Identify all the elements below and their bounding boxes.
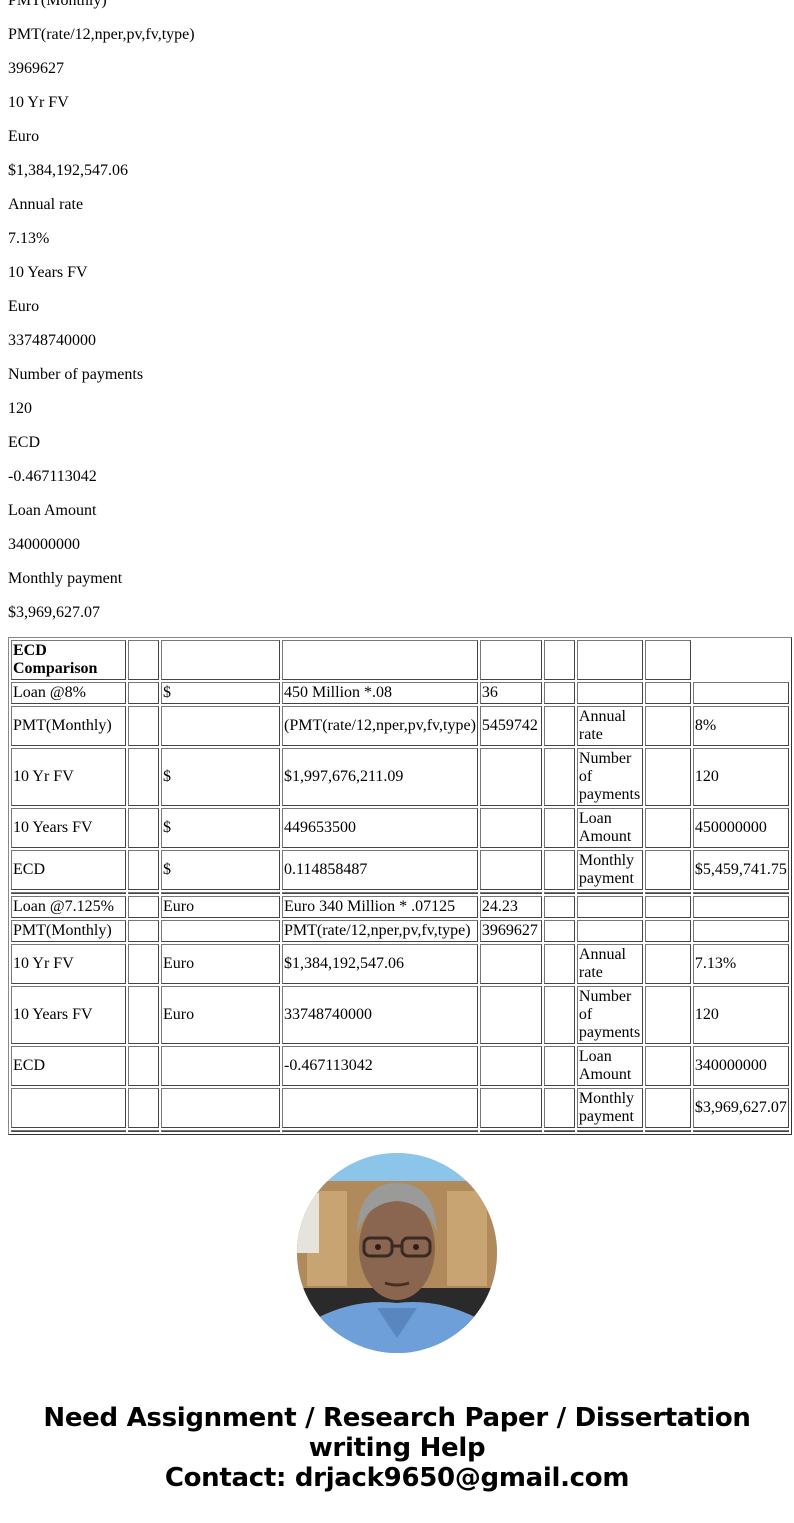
table-cell: $1,384,192,547.06 [282,944,478,984]
paragraph: Euro [8,290,788,324]
table-row: ECD-0.467113042Loan Amount340000000 [11,1046,789,1086]
paragraph: 10 Years FV [8,256,788,290]
table-cell: Euro [161,944,280,984]
table-cell [693,920,789,942]
paragraph: Euro [8,120,788,154]
table-cell [128,682,159,704]
table-cell: Loan @7.125% [11,896,126,918]
table-cell: 449653500 [282,808,478,848]
paragraph: PMT(rate/12,nper,pv,fv,type) [8,18,788,52]
table-cell [693,682,789,704]
table-cell: Annual rate [577,706,643,746]
table-cell [128,986,159,1044]
table-row: Loan @8%$450 Million *.0836 [11,682,789,704]
table-cell: Annual rate [577,944,643,984]
promo-line-2: writing Help [0,1433,794,1463]
table-cell [282,1088,478,1128]
paragraph: 3969627 [8,52,788,86]
table-cell [693,896,789,918]
table-cell: Number of payments [577,748,643,806]
table-cell: Loan Amount [577,808,643,848]
table-cell [544,1046,575,1086]
table-cell [480,748,542,806]
paragraph: -0.467113042 [8,460,788,494]
paragraph: $1,384,192,547.06 [8,154,788,188]
table-cell: ECD [11,1046,126,1086]
table-cell [645,682,691,704]
table-cell: 450000000 [693,808,789,848]
table-row: 10 Years FVEuro33748740000Number of paym… [11,986,789,1044]
paragraph: Annual rate [8,188,788,222]
table-cell [480,944,542,984]
table-cell: Euro [161,986,280,1044]
paragraph: Number of payments [8,358,788,392]
table-row: ECD$0.114858487Monthly payment$5,459,741… [11,850,789,890]
table-cell [128,748,159,806]
table-cell [480,850,542,890]
table-cell [645,706,691,746]
table-cell [128,706,159,746]
table-cell: 10 Years FV [11,808,126,848]
table-cell [11,1088,126,1128]
table-cell: 7.13% [693,944,789,984]
table-cell [544,808,575,848]
table-cell: PMT(Monthly) [11,706,126,746]
table-cell: 8% [693,706,789,746]
paragraph: ECD [8,426,788,460]
table-cell: 10 Yr FV [11,748,126,806]
table-cell [645,986,691,1044]
table-cell [128,808,159,848]
ecd-comparison-table: ECD Comparison Loan @8%$450 Million *.08… [8,637,792,1135]
table-cell [645,808,691,848]
table-cell [645,748,691,806]
table-cell: $ [161,808,280,848]
table-cell [544,706,575,746]
table-cell [128,896,159,918]
table-cell [128,944,159,984]
table-cell [480,1046,542,1086]
table-cell [544,748,575,806]
paragraph: 340000000 [8,528,788,562]
paragraph: $3,969,627.07 [8,596,788,630]
table-cell [544,682,575,704]
table-cell: $ [161,748,280,806]
table-cell [577,896,643,918]
section-divider [11,892,789,894]
paragraph: 33748740000 [8,324,788,358]
table-cell [480,808,542,848]
table-cell: Euro 340 Million * .07125 [282,896,478,918]
table-cell: 36 [480,682,542,704]
table-cell: $ [161,682,280,704]
table-cell [128,920,159,942]
table-cell: $3,969,627.07 [693,1088,789,1128]
table-cell [544,920,575,942]
table-row: 10 Yr FV$$1,997,676,211.09Number of paym… [11,748,789,806]
promo-contact: Contact: drjack9650@gmail.com [0,1463,794,1493]
table-cell: Number of payments [577,986,643,1044]
paragraph: PMT(Monthly) [8,0,788,18]
table-row: Monthly payment$3,969,627.07 [11,1088,789,1128]
text-paragraphs: PMT(Monthly) PMT(rate/12,nper,pv,fv,type… [8,0,788,630]
table-cell: 10 Years FV [11,986,126,1044]
table-cell: (PMT(rate/12,nper,pv,fv,type) [282,706,478,746]
author-avatar [297,1153,497,1353]
table-cell [128,1046,159,1086]
table-cell [577,682,643,704]
promo-banner: Need Assignment / Research Paper / Disse… [0,1403,794,1493]
table-cell: Loan Amount [577,1046,643,1086]
table-cell: PMT(rate/12,nper,pv,fv,type) [282,920,478,942]
table-cell [544,986,575,1044]
table-cell: Monthly payment [577,850,643,890]
paragraph: Loan Amount [8,494,788,528]
table-cell [544,1088,575,1128]
table-cell: PMT(Monthly) [11,920,126,942]
table-cell: ECD [11,850,126,890]
table-title: ECD Comparison [11,640,126,680]
table-cell [544,850,575,890]
paragraph: Monthly payment [8,562,788,596]
table-cell [128,1088,159,1128]
table-cell: 33748740000 [282,986,478,1044]
table-row: PMT(Monthly)PMT(rate/12,nper,pv,fv,type)… [11,920,789,942]
table-cell [128,850,159,890]
table-cell [645,896,691,918]
table-cell [161,1088,280,1128]
promo-line-1: Need Assignment / Research Paper / Disse… [0,1403,794,1433]
table-cell [480,986,542,1044]
table-cell [645,944,691,984]
table-cell: 340000000 [693,1046,789,1086]
table-cell [161,706,280,746]
table-cell [544,944,575,984]
table-cell: 120 [693,986,789,1044]
table-cell: 24.23 [480,896,542,918]
table-cell [645,1046,691,1086]
table-row: 10 Yr FVEuro$1,384,192,547.06Annual rate… [11,944,789,984]
table-cell: 3969627 [480,920,542,942]
section-divider [11,1130,789,1132]
table-row: 10 Years FV$449653500Loan Amount45000000… [11,808,789,848]
table-cell [645,920,691,942]
table-header-row: ECD Comparison [11,640,789,680]
table-cell: $5,459,741.75 [693,850,789,890]
paragraph: 7.13% [8,222,788,256]
table-cell [480,1088,542,1128]
table-cell: Euro [161,896,280,918]
table-cell [544,896,575,918]
table-cell: Monthly payment [577,1088,643,1128]
table-cell: $1,997,676,211.09 [282,748,478,806]
table-cell [645,1088,691,1128]
table-cell: $ [161,850,280,890]
table-cell: 0.114858487 [282,850,478,890]
table-row: Loan @7.125%EuroEuro 340 Million * .0712… [11,896,789,918]
paragraph: 10 Yr FV [8,86,788,120]
person-photo-icon [297,1153,497,1353]
table-row: PMT(Monthly)(PMT(rate/12,nper,pv,fv,type… [11,706,789,746]
table-cell: 450 Million *.08 [282,682,478,704]
table-cell [645,850,691,890]
table-cell: 5459742 [480,706,542,746]
table-cell: Loan @8% [11,682,126,704]
table-cell [161,1046,280,1086]
paragraph: 120 [8,392,788,426]
table-cell: -0.467113042 [282,1046,478,1086]
table-cell [577,920,643,942]
table-cell [161,920,280,942]
table-cell: 10 Yr FV [11,944,126,984]
table-cell: 120 [693,748,789,806]
